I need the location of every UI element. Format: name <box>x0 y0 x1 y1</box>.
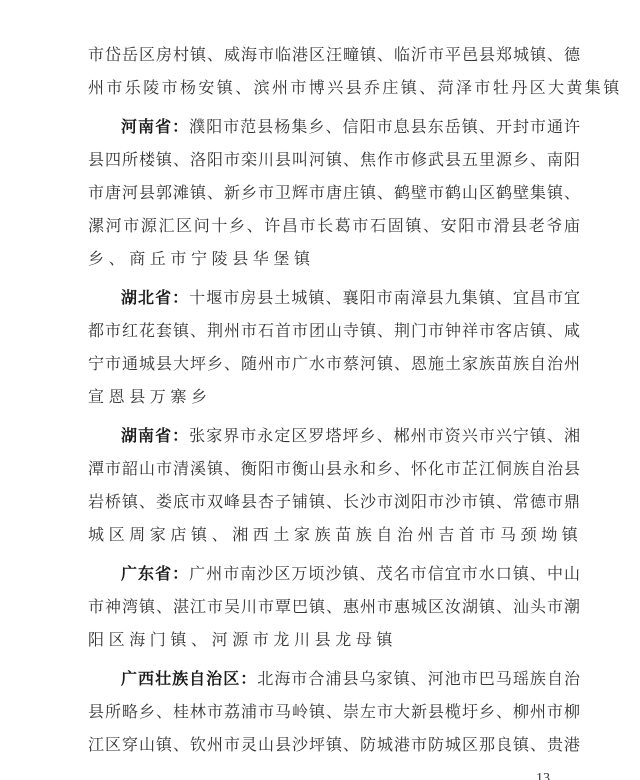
text-line: 北海市合浦县乌家镇、河池市巴马瑶族自治 <box>257 669 580 688</box>
province-heading-guangxi: 广西壮族自治区： <box>121 669 257 688</box>
text-line: 宁市通城县大坪乡、随州市广水市蔡河镇、恩施土家族苗族自治州 <box>88 352 580 376</box>
text-line: 阳区海门镇、河源市龙川县龙母镇 <box>88 628 580 652</box>
text-line: 漯河市源汇区问十乡、许昌市长葛市石固镇、安阳市滑县老爷庙 <box>88 214 580 238</box>
text-line: 岩桥镇、娄底市双峰县杏子铺镇、长沙市浏阳市沙市镇、常德市鼎 <box>88 490 580 514</box>
paragraph-henan-first-line: 河南省：濮阳市范县杨集乡、信阳市息县东岳镇、开封市通许 <box>121 115 580 139</box>
paragraph-guangxi-first-line: 广西壮族自治区：北海市合浦县乌家镇、河池市巴马瑶族自治 <box>121 667 580 691</box>
text-line: 市唐河县郭滩镇、新乡市卫辉市唐庄镇、鹤壁市鹤山区鹤壁集镇、 <box>88 181 580 205</box>
province-heading-henan: 河南省： <box>121 117 189 136</box>
text-line: 县所略乡、桂林市荔浦市马岭镇、崇左市大新县榄圩乡、柳州市柳 <box>88 700 580 724</box>
text-line: 十堰市房县土城镇、襄阳市南漳县九集镇、宜昌市宜 <box>189 288 580 307</box>
page-number: 13 <box>536 772 550 780</box>
text-line: 县四所楼镇、洛阳市栾川县叫河镇、焦作市修武县五里源乡、南阳 <box>88 148 580 172</box>
text-line: 张家界市永定区罗塔坪乡、郴州市资兴市兴宁镇、湘 <box>189 426 580 445</box>
text-line: 濮阳市范县杨集乡、信阳市息县东岳镇、开封市通许 <box>189 117 580 136</box>
paragraph-guangdong-first-line: 广东省：广州市南沙区万顷沙镇、茂名市信宜市水口镇、中山 <box>121 562 580 586</box>
text-line: 州市乐陵市杨安镇、滨州市博兴县乔庄镇、菏泽市牡丹区大黄集镇 <box>88 76 580 100</box>
text-line: 潭市韶山市清溪镇、衡阳市衡山县永和乡、怀化市芷江侗族自治县 <box>88 457 580 481</box>
province-heading-hubei: 湖北省： <box>121 288 189 307</box>
text-line: 城区周家店镇、湘西土家族苗族自治州吉首市马颈坳镇 <box>88 523 580 547</box>
text-line: 宣恩县万寨乡 <box>88 385 580 409</box>
text-line: 市岱岳区房村镇、威海市临港区汪疃镇、临沂市平邑县郑城镇、德 <box>88 43 580 67</box>
text-line: 都市红花套镇、荆州市石首市团山寺镇、荆门市钟祥市客店镇、咸 <box>88 319 580 343</box>
paragraph-hunan-first-line: 湖南省：张家界市永定区罗塔坪乡、郴州市资兴市兴宁镇、湘 <box>121 424 580 448</box>
text-line: 江区穿山镇、钦州市灵山县沙坪镇、防城港市防城区那良镇、贵港 <box>88 733 580 757</box>
document-page: 市岱岳区房村镇、威海市临港区汪疃镇、临沂市平邑县郑城镇、德 州市乐陵市杨安镇、滨… <box>0 0 640 780</box>
paragraph-hubei-first-line: 湖北省：十堰市房县土城镇、襄阳市南漳县九集镇、宜昌市宜 <box>121 286 580 310</box>
province-heading-hunan: 湖南省： <box>121 426 189 445</box>
text-line: 广州市南沙区万顷沙镇、茂名市信宜市水口镇、中山 <box>189 564 580 583</box>
text-line: 乡、商丘市宁陵县华堡镇 <box>88 247 580 271</box>
province-heading-guangdong: 广东省： <box>121 564 189 583</box>
text-line: 市神湾镇、湛江市吴川市覃巴镇、惠州市惠城区汝湖镇、汕头市潮 <box>88 595 580 619</box>
